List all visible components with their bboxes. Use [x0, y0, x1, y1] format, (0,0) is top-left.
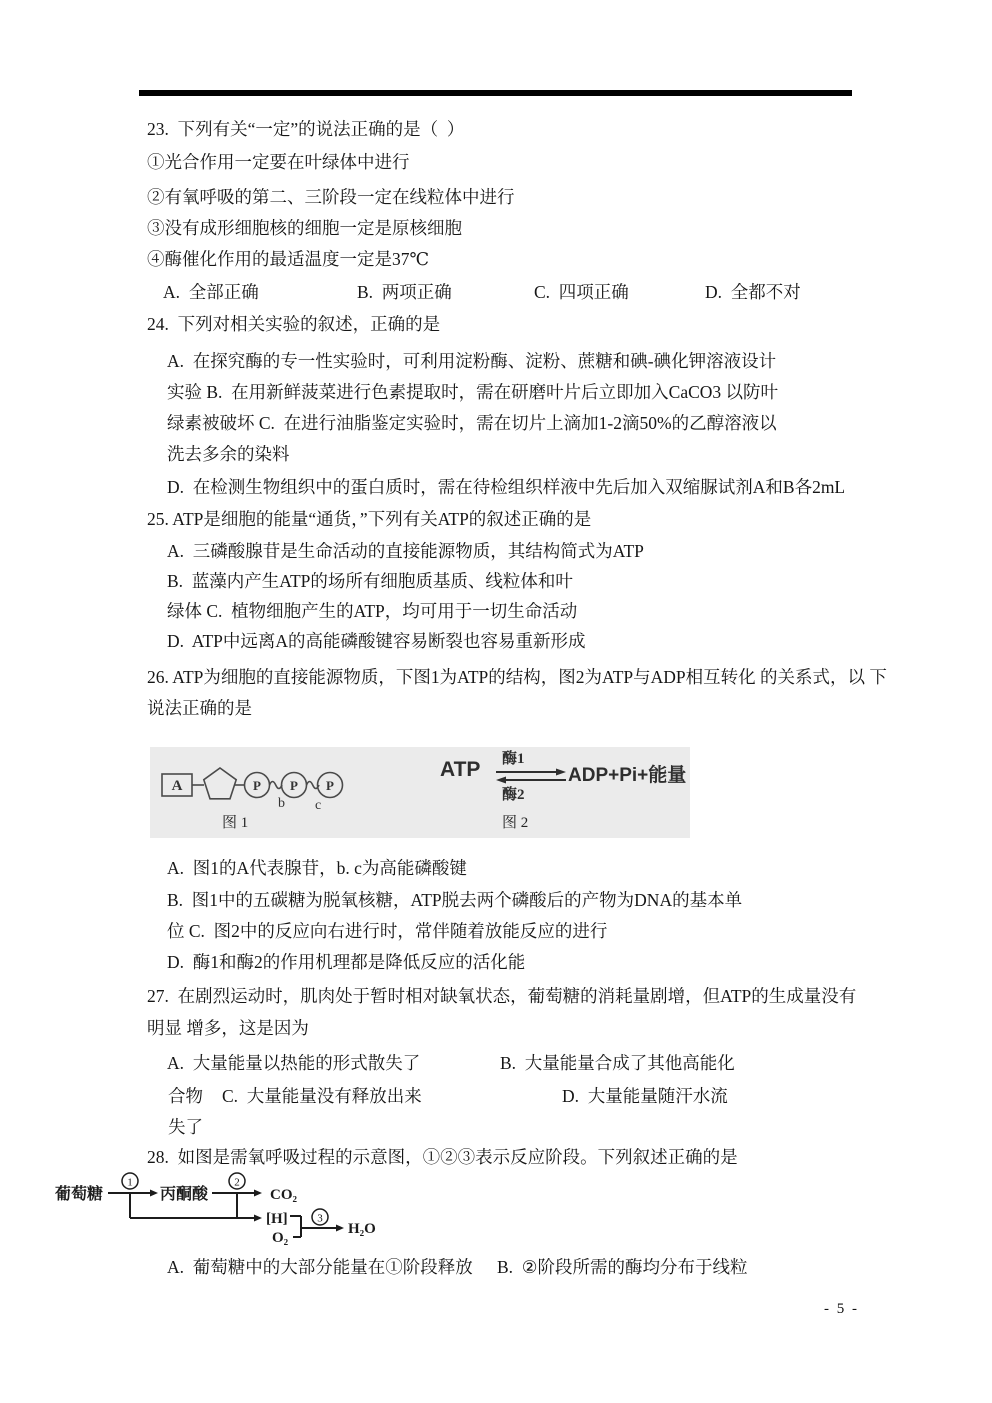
bond-c-label: c	[315, 798, 321, 811]
q28-title: 28. 如图是需氧呼吸过程的示意图，①②③表示反应阶段。下列叙述正确的是	[147, 1146, 738, 1169]
q26-title-line2: 说法正确的是	[147, 697, 252, 720]
q27-option-d-cont: 失了	[168, 1116, 203, 1139]
h2o-label: H₂O	[348, 1221, 376, 1237]
forward-arrow-head	[556, 769, 566, 776]
q24-option-b: 实验 B. 在用新鲜菠菜进行色素提取时，需在研磨叶片后立即加入CaCO3 以防叶	[167, 381, 778, 404]
bond-b-label: b	[278, 796, 285, 811]
q23-option-b: B. 两项正确	[357, 281, 452, 304]
exam-page: 23. 下列有关“一定”的说法正确的是（ ） ①光合作用一定要在叶绿体中进行 ②…	[0, 0, 992, 1403]
phosphate-label-2: P	[290, 778, 298, 793]
q27-option-b-cont: 合物	[168, 1085, 203, 1108]
q25-option-d: D. ATP中远离A的高能磷酸键容易断裂也容易重新形成	[167, 630, 586, 653]
glucose-label: 葡萄糖	[55, 1184, 103, 1203]
q23-option-a: A. 全部正确	[163, 281, 259, 304]
q23-title: 23. 下列有关“一定”的说法正确的是（ ）	[147, 118, 464, 141]
page-number: - 5 -	[824, 1301, 859, 1318]
q24-option-d: D. 在检测生物组织中的蛋白质时，需在待检组织样液中先后加入双缩脲试剂A和B各2…	[167, 476, 845, 499]
adenine-label: A	[172, 778, 183, 794]
o2-label: O₂	[272, 1230, 289, 1246]
enzyme1-label: 酶1	[502, 747, 525, 768]
top-rule	[139, 90, 852, 96]
atp-structure-diagram: A P P P b c	[156, 759, 356, 811]
high-energy-bond-b	[270, 782, 283, 789]
q26-option-d: D. 酶1和酶2的作用机理都是降低反应的活化能	[167, 951, 525, 974]
q27-option-d: D. 大量能量随汗水流	[562, 1085, 728, 1108]
enzyme2-label: 酶2	[502, 783, 525, 804]
q26-title-line1: 26. ATP为细胞的直接能源物质，下图1为ATP的结构，图2为ATP与ADP相…	[147, 666, 887, 689]
reversible-arrows-icon	[494, 768, 568, 784]
q27-title-line2: 明显 增多，这是因为	[147, 1017, 309, 1040]
q27-title-line1: 27. 在剧烈运动时，肌肉处于暂时相对缺氧状态，葡萄糖的消耗量剧增，但ATP的生…	[147, 985, 856, 1008]
phosphate-label-1: P	[253, 778, 261, 793]
q24-option-c-cont: 洗去多余的染料	[167, 443, 290, 466]
q24-option-c: 绿素被破坏 C. 在进行油脂鉴定实验时，需在切片上滴加1-2滴50%的乙醇溶液以	[167, 412, 777, 435]
q28-option-a: A. 葡萄糖中的大部分能量在①阶段释放	[167, 1256, 473, 1279]
q25-option-a: A. 三磷酸腺苷是生命活动的直接能源物质，其结构简式为ATP	[167, 540, 644, 563]
q23-statement-3: ③没有成形细胞核的细胞一定是原核细胞	[147, 217, 462, 240]
q25-option-b: B. 蓝藻内产生ATP的场所有细胞质基质、线粒体和叶	[167, 570, 573, 593]
q27-option-b: B. 大量能量合成了其他高能化	[500, 1052, 735, 1075]
pyruvate-label: 丙酮酸	[160, 1184, 209, 1203]
q23-option-c: C. 四项正确	[534, 281, 629, 304]
nadh-label: [H]	[266, 1211, 288, 1227]
q23-statement-4: ④酶催化作用的最适温度一定是37℃	[147, 248, 429, 271]
q25-option-c: 绿体 C. 植物细胞产生的ATP，均可用于一切生命活动	[167, 600, 577, 623]
step2-arrow-head	[254, 1190, 262, 1197]
step1-number: 1	[127, 1177, 133, 1189]
nadh-arrow-head	[254, 1215, 262, 1222]
q27-option-c: C. 大量能量没有释放出来	[222, 1085, 422, 1108]
fig1-caption: 图 1	[222, 811, 248, 832]
q24-option-a: A. 在探究酶的专一性实验时，可利用淀粉酶、淀粉、蔗糖和碘-碘化钾溶液设计	[167, 350, 776, 373]
step1-arrow-head	[150, 1190, 158, 1197]
q27-option-a: A. 大量能量以热能的形式散失了	[167, 1052, 420, 1075]
q26-option-b: B. 图1中的五碳糖为脱氧核糖，ATP脱去两个磷酸后的产物为DNA的基本单	[167, 889, 742, 912]
q28-option-b: B. ②阶段所需的酶均分布于线粒	[497, 1256, 748, 1279]
step3-number: 3	[317, 1213, 323, 1225]
atp-label: ATP	[440, 758, 480, 782]
co2-label: CO₂	[270, 1187, 298, 1203]
q23-statement-1: ①光合作用一定要在叶绿体中进行	[147, 151, 410, 174]
fig2-caption: 图 2	[502, 811, 528, 832]
phosphate-label-3: P	[326, 778, 334, 793]
step2-number: 2	[234, 1177, 240, 1189]
step3-arrow-head	[336, 1225, 344, 1232]
q23-option-d: D. 全都不对	[705, 281, 801, 304]
ribose-pentagon	[204, 768, 236, 799]
q26-option-a: A. 图1的A代表腺苷，b. c为高能磷酸键	[167, 857, 467, 880]
figure-panel: A P P P b c 图 1 ATP 酶1 酶2 ADP+Pi+能量 图 2	[150, 747, 690, 838]
q25-title: 25. ATP是细胞的能量“通货，”下列有关ATP的叙述正确的是	[147, 508, 591, 531]
adp-products-label: ADP+Pi+能量	[568, 760, 686, 787]
respiration-diagram: 葡萄糖 1 丙酮酸 2 CO₂ [H] O₂ 3 H₂O	[48, 1170, 393, 1252]
q26-option-c: 位 C. 图2中的反应向右进行时，常伴随着放能反应的进行	[167, 920, 607, 943]
q23-statement-2: ②有氧呼吸的第二、三阶段一定在线粒体中进行	[147, 186, 515, 209]
q24-title: 24. 下列对相关实验的叙述，正确的是	[147, 313, 440, 336]
